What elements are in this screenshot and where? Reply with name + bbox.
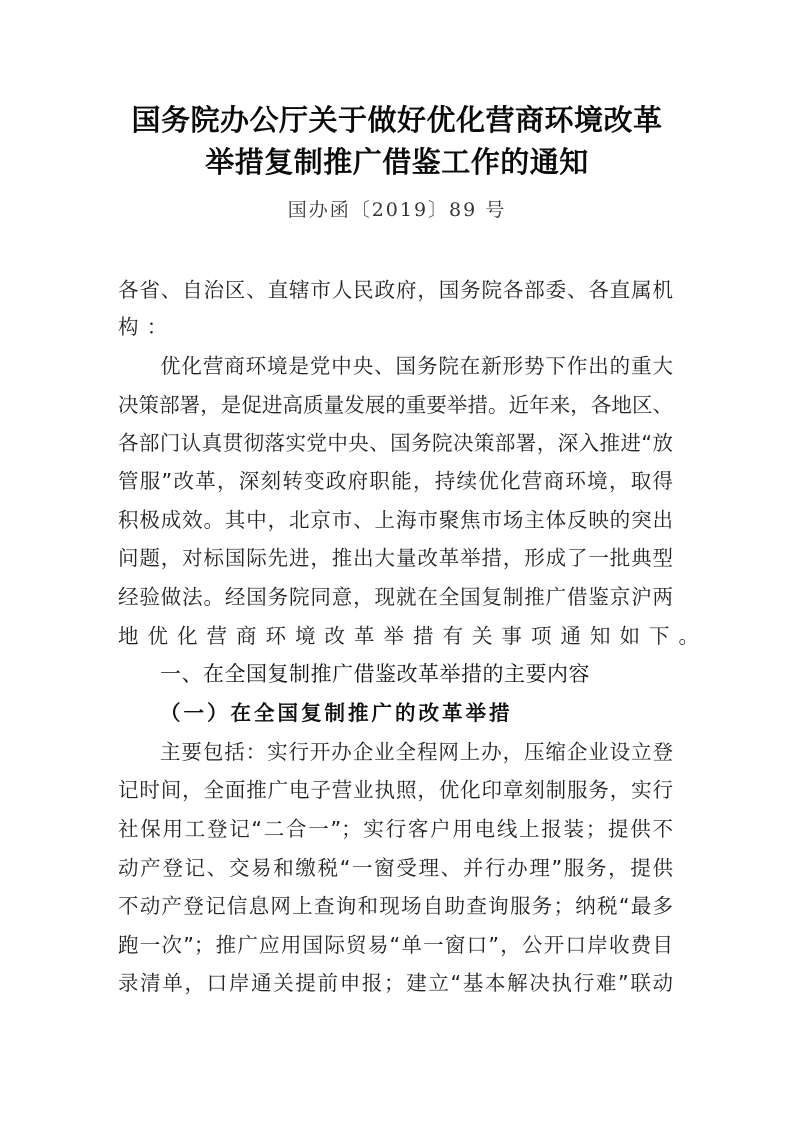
paragraph-line: 录清单，口岸通关提前申报；建立“基本解决执行难”联动 bbox=[118, 969, 673, 997]
paragraph-line: 管服”改革，深刻转变政府职能，持续优化营商环境，取得 bbox=[118, 467, 673, 495]
paragraph-line: 主要包括：实行开办企业全程网上办，压缩企业设立登 bbox=[160, 738, 673, 766]
paragraph-line: 社保用工登记“二合一”；实行客户用电线上报装；提供不 bbox=[118, 815, 673, 843]
paragraph-line: 问题，对标国际先进，推出大量改革举措，形成了一批典型 bbox=[118, 544, 673, 572]
paragraph-line: 动产登记、交易和缴税“一窗受理、并行办理”服务，提供 bbox=[118, 854, 673, 882]
subsection-heading: （一）在全国复制推广的改革举措 bbox=[160, 699, 513, 727]
paragraph-line: 记时间，全面推广电子营业执照，优化印章刻制服务，实行 bbox=[118, 776, 673, 804]
paragraph-line: 各部门认真贯彻落实党中央、国务院决策部署，深入推进“放 bbox=[118, 429, 673, 457]
addressee-line: 构： bbox=[118, 313, 673, 341]
addressee-line: 各省、自治区、直辖市人民政府，国务院各部委、各直属机 bbox=[118, 276, 673, 304]
title-line-1: 国务院办公厅关于做好优化营商环境改革 bbox=[0, 102, 794, 138]
section-heading: 一、在全国复制推广借鉴改革举措的主要内容 bbox=[160, 660, 590, 688]
title-line-2: 举措复制推广借鉴工作的通知 bbox=[0, 144, 794, 180]
paragraph-line: 地优化营商环境改革举措有关事项通知如下。 bbox=[118, 622, 673, 650]
paragraph-line: 决策部署，是促进高质量发展的重要举措。近年来，各地区、 bbox=[118, 391, 673, 419]
paragraph-line: 不动产登记信息网上查询和现场自助查询服务；纳税“最多 bbox=[118, 892, 673, 920]
document-number: 国办函〔2019〕89 号 bbox=[0, 197, 794, 223]
paragraph-line: 优化营商环境是党中央、国务院在新形势下作出的重大 bbox=[160, 352, 673, 380]
paragraph-line: 跑一次”；推广应用国际贸易“单一窗口”，公开口岸收费目 bbox=[118, 931, 673, 959]
paragraph-line: 积极成效。其中，北京市、上海市聚焦市场主体反映的突出 bbox=[118, 506, 673, 534]
paragraph-line: 经验做法。经国务院同意，现就在全国复制推广借鉴京沪两 bbox=[118, 583, 673, 611]
